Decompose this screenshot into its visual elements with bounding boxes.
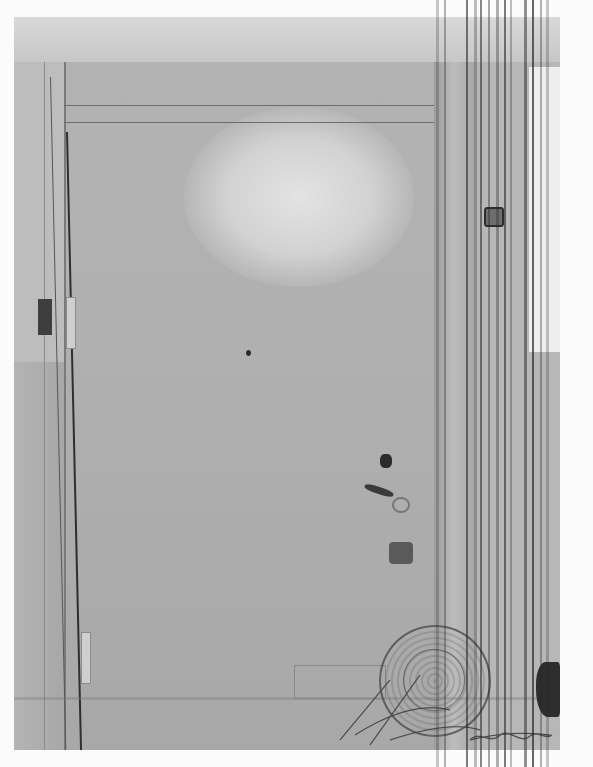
scanner-streak [474, 0, 477, 767]
scanner-streak [488, 0, 490, 767]
scanner-streak [524, 0, 527, 767]
hinge-icon [66, 297, 76, 349]
scanner-streak [466, 0, 468, 767]
peephole [246, 350, 251, 356]
scanner-streak [532, 0, 534, 767]
damage-mark [380, 454, 392, 468]
scanner-streaks [430, 0, 550, 767]
scanner-streak [480, 0, 482, 767]
scanner-streak [444, 0, 446, 767]
scanner-streak [504, 0, 506, 767]
scanner-streak [546, 0, 549, 767]
door-top-seam-lower [64, 122, 444, 123]
door-top-seam [64, 105, 444, 106]
door-lock [38, 299, 52, 335]
scanner-streak [436, 0, 439, 767]
frame-edge [44, 62, 45, 750]
dark-patch [389, 542, 413, 564]
scanner-streak [510, 0, 512, 767]
scanner-streak [496, 0, 499, 767]
light-glare [184, 107, 414, 287]
ring-mark [392, 497, 410, 513]
scanner-streak [540, 0, 542, 767]
hinge-icon [81, 632, 91, 684]
